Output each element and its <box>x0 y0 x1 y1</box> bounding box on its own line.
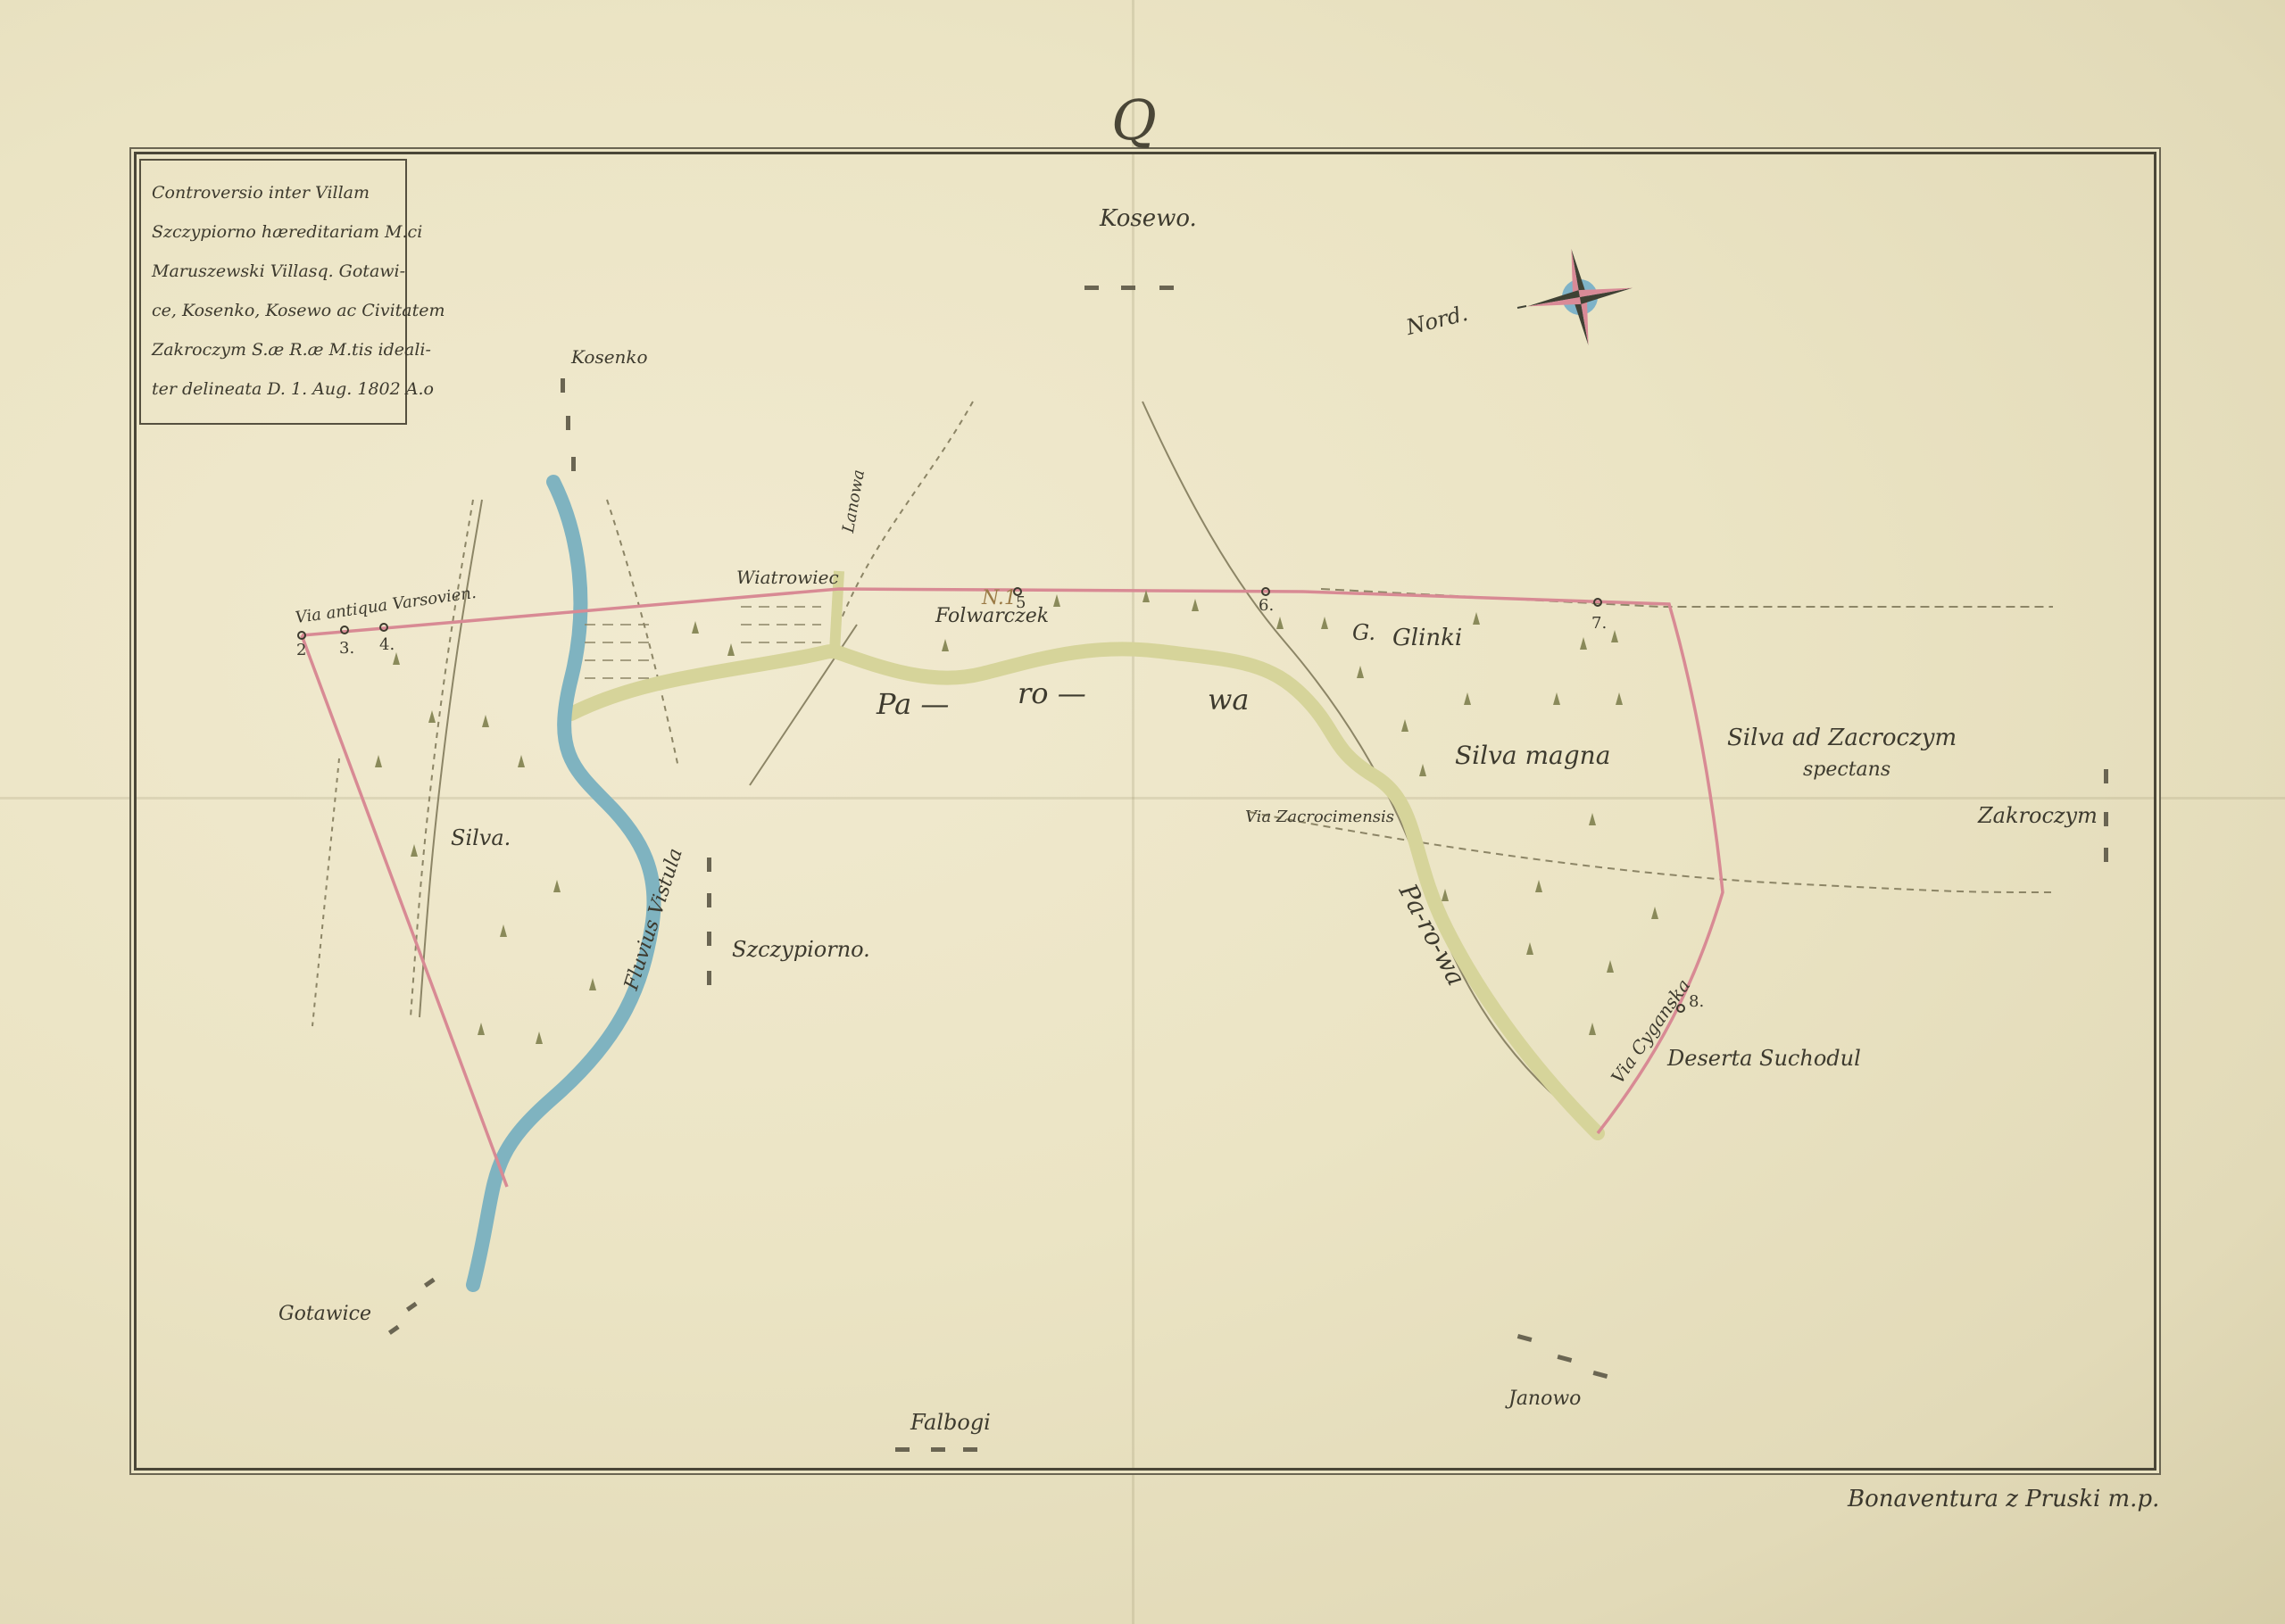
place-gotawice: Gotawice <box>278 1303 371 1325</box>
place-glinki-g: G. <box>1352 620 1375 645</box>
area-silva-magna: Silva magna <box>1455 741 1610 770</box>
place-falbogi: Falbogi <box>910 1410 991 1435</box>
boundary-markers <box>298 588 1684 1012</box>
stream-label-ro: ro — <box>1018 676 1086 710</box>
point-label-8: 8. <box>1689 992 1704 1011</box>
road-via-zakroczym: Via Zacrocimensis <box>1245 808 1394 826</box>
place-szczypiorno: Szczypiorno. <box>732 937 870 962</box>
point-label-4: 4. <box>379 635 395 654</box>
stream-parowa <box>571 649 1598 1133</box>
place-kosewo: Kosewo. <box>1100 205 1197 232</box>
place-kosenko: Kosenko <box>571 346 648 368</box>
map-drawing <box>0 0 2285 1624</box>
area-deserta-suchodul: Deserta Suchodul <box>1667 1046 1861 1071</box>
area-silva: Silva. <box>451 825 511 850</box>
area-silva-zakroczym-spectans: spectans <box>1803 758 1890 781</box>
point-label-7: 7. <box>1591 614 1607 633</box>
surveyor-signature: Bonaventura z Pruski m.p. <box>1848 1486 2159 1512</box>
place-janowo: Janowo <box>1508 1388 1581 1410</box>
parcel-number: N.1 <box>982 587 1017 609</box>
point-label-6: 6. <box>1259 596 1274 615</box>
area-silva-zakroczym: Silva ad Zacroczym <box>1727 725 1957 751</box>
place-wiatrowiec: Wiatrowiec <box>736 567 839 588</box>
place-glinki: Glinki <box>1392 625 1462 651</box>
place-zakroczym: Zakroczym <box>1978 803 2098 828</box>
point-label-2: 2 <box>296 641 306 659</box>
stream-label-pa: Pa — <box>877 687 949 721</box>
stream-label-wa: wa <box>1208 683 1249 717</box>
point-label-3: 3. <box>339 639 354 658</box>
compass-rose <box>1518 239 1641 354</box>
